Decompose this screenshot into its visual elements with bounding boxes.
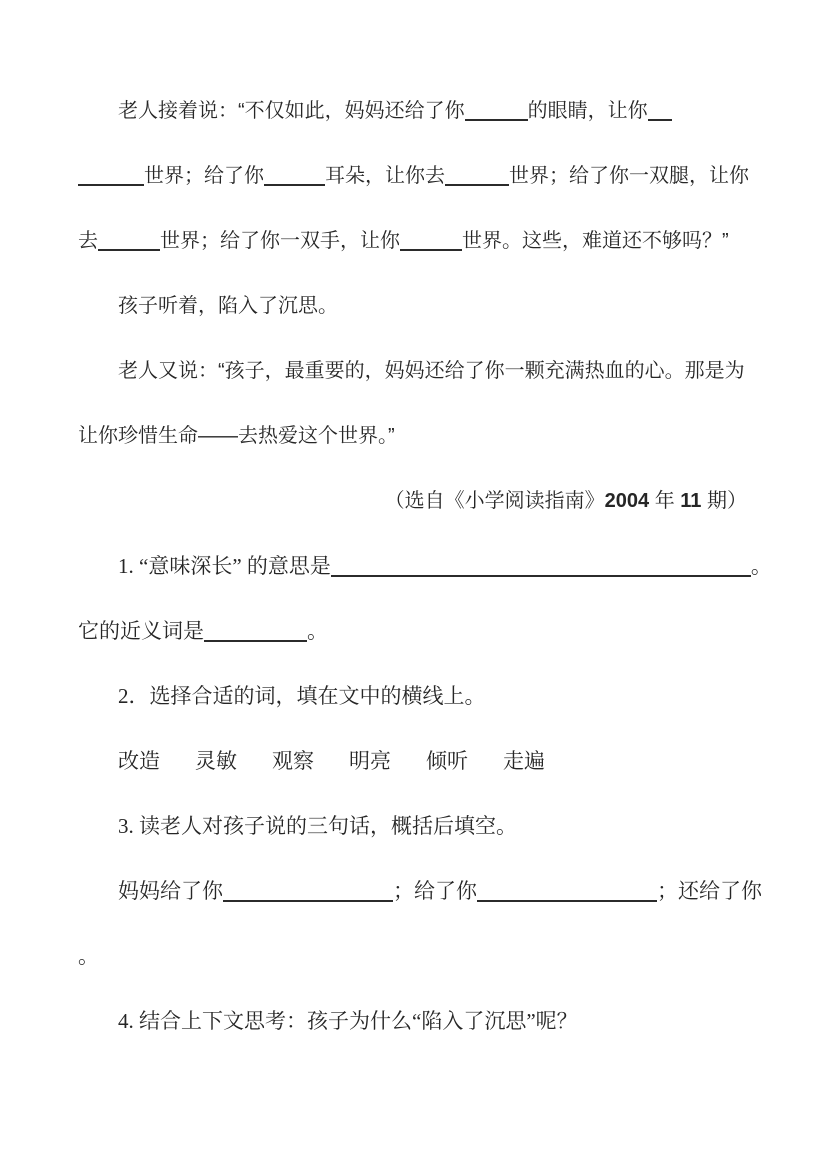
text-run: 倾听 xyxy=(426,749,468,773)
passage-para1-line2: 世界；给了你耳朵，让你去世界；给了你一双腿，让你 xyxy=(78,144,765,209)
fill-in-blank-line xyxy=(78,183,144,186)
text-run: 观察 xyxy=(272,749,314,773)
text-run: （选自《小学阅读指南》 xyxy=(385,490,605,512)
text-run: 老人接着说：“不仅如此，妈妈还给了你 xyxy=(118,100,465,122)
fill-in-blank-line xyxy=(445,183,509,186)
word-gap xyxy=(237,767,272,768)
question-1-line1: 1. “意味深长” 的意思是。 xyxy=(78,534,765,599)
text-run: 世界；给了你 xyxy=(144,165,264,187)
fill-in-blank-line xyxy=(223,899,393,902)
text-run: 年 xyxy=(649,490,680,512)
word-bank: 改造灵敏观察明亮倾听走遍 xyxy=(78,729,765,794)
text-run: 妈妈给了你 xyxy=(118,879,223,903)
fill-in-blank-line xyxy=(98,248,160,251)
text-run: 改造 xyxy=(118,749,160,773)
text-run: 。 xyxy=(751,554,772,578)
question-2: 2．选择合适的词，填在文中的横线上。 xyxy=(78,664,765,729)
text-run: 它的近义词是 xyxy=(78,619,204,643)
passage-para1-line1: 老人接着说：“不仅如此，妈妈还给了你的眼睛，让你 xyxy=(78,79,765,144)
text-run: 2．选择合适的词，填在文中的横线上。 xyxy=(118,684,486,708)
text-run: 耳朵，让你去 xyxy=(325,165,445,187)
worksheet-page: 老人接着说：“不仅如此，妈妈还给了你的眼睛，让你世界；给了你耳朵，让你去世界；给… xyxy=(0,0,826,1169)
word-gap xyxy=(160,767,195,768)
fill-in-blank-line xyxy=(264,183,325,186)
text-run: 2004 xyxy=(605,490,650,512)
passage-para1-line3: 去世界；给了你一双手，让你世界。这些，难道还不够吗？” xyxy=(78,209,765,274)
text-run: 世界；给了你一双腿，让你 xyxy=(509,165,749,187)
text-run: 孩子听着，陷入了沉思。 xyxy=(118,295,338,317)
question-3-fill-line: 妈妈给了你；给了你；还给了你 xyxy=(78,859,765,924)
text-run: 让你珍惜生命——去热爱这个世界。” xyxy=(78,425,395,447)
source-attribution: （选自《小学阅读指南》2004 年 11 期） xyxy=(78,469,765,534)
question-3-fill-line-end: 。 xyxy=(78,924,765,989)
fill-in-blank-line xyxy=(400,248,462,251)
text-run: ；给了你 xyxy=(393,879,477,903)
text-run: 走遍 xyxy=(503,749,545,773)
fill-in-blank-line xyxy=(648,118,672,121)
text-run: 4. 结合上下文思考：孩子为什么“陷入了沉思”呢？ xyxy=(118,1009,578,1033)
document-lines: 老人接着说：“不仅如此，妈妈还给了你的眼睛，让你世界；给了你耳朵，让你去世界；给… xyxy=(78,79,765,1054)
text-run: 1. “意味深长” 的意思是 xyxy=(118,554,331,578)
text-run: 去 xyxy=(78,230,98,252)
text-run: 世界。这些，难道还不够吗？” xyxy=(462,230,729,252)
text-run: 老人又说：“孩子，最重要的，妈妈还给了你一颗充满热血的心。那是为 xyxy=(118,360,745,382)
word-gap xyxy=(468,767,503,768)
text-run: 。 xyxy=(307,619,328,643)
text-run: 灵敏 xyxy=(195,749,237,773)
text-run: 的眼睛，让你 xyxy=(528,100,648,122)
fill-in-blank-line xyxy=(477,899,657,902)
question-1-line2: 它的近义词是。 xyxy=(78,599,765,664)
text-run: 。 xyxy=(78,944,99,968)
passage-para3-line2: 让你珍惜生命——去热爱这个世界。” xyxy=(78,404,765,469)
fill-in-blank-line xyxy=(331,574,751,577)
fill-in-blank-line xyxy=(465,118,528,121)
word-gap xyxy=(391,767,426,768)
fill-in-blank-line xyxy=(204,639,307,642)
text-run: 11 xyxy=(680,490,701,512)
text-run: 世界；给了你一双手，让你 xyxy=(160,230,400,252)
passage-para2: 孩子听着，陷入了沉思。 xyxy=(78,274,765,339)
word-gap xyxy=(314,767,349,768)
passage-para3-line1: 老人又说：“孩子，最重要的，妈妈还给了你一颗充满热血的心。那是为 xyxy=(78,339,765,404)
text-run: 期） xyxy=(701,490,747,512)
text-run: 3. 读老人对孩子说的三句话，概括后填空。 xyxy=(118,814,517,838)
question-4: 4. 结合上下文思考：孩子为什么“陷入了沉思”呢？ xyxy=(78,989,765,1054)
text-run: ；还给了你 xyxy=(657,879,762,903)
text-run: 明亮 xyxy=(349,749,391,773)
question-3: 3. 读老人对孩子说的三句话，概括后填空。 xyxy=(78,794,765,859)
